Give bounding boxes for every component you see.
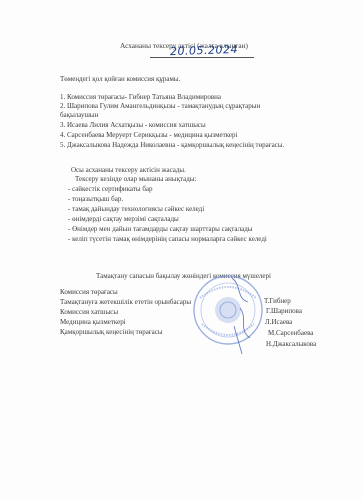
signer-4: М.Сарсенбаева [268, 329, 313, 338]
finding-5: - Өнімдер мен дайын тағамдарды сақтау ша… [68, 225, 252, 234]
date-underline [150, 57, 254, 58]
signer-1: Т.Гибнер [264, 297, 291, 306]
signer-3: Л.Исаева [265, 318, 292, 327]
intro-text: Төмендегі қол қойған комиссия құрамы. [60, 75, 180, 84]
role-2: Тамақтануға жетекшілік ететін орынбасары [60, 298, 191, 307]
finding-3: - тамақ дайындау технологиясы сәйкес кел… [68, 205, 204, 214]
signer-2: Г.Шарипова [266, 307, 302, 316]
member-3: 3. Исаева Лилия Асхатқызы - комиссия хат… [60, 121, 206, 130]
role-4: Медицина қызметкері [60, 318, 126, 327]
member-2: 2. Шарипова Гулим Амангельдинқызы - тама… [60, 102, 260, 111]
act-line: Осы асхананы тексеру актісін жасады. [71, 166, 186, 175]
finding-1: - сәйкестік сертификаты бар [68, 185, 153, 194]
handwritten-date: 20.05.2024 [170, 43, 238, 58]
member-5: 5. Джаксалыкова Надежда Николаевна - қам… [60, 141, 284, 150]
finding-6: - келіп түсетін тамақ өнімдерінің сапасы… [68, 235, 267, 244]
finding-2: - тоңазытқыш бар. [68, 195, 123, 204]
role-5: Қамқоршылық кеңесінің төрағасы [60, 328, 163, 337]
findings-intro: Тексеру кезінде олар мынаны анықтады: [75, 175, 196, 184]
member-2-cont: бақылаушын [60, 111, 98, 120]
role-1: Комиссия төрағасы [60, 288, 118, 297]
member-4: 4. Сарсенбаева Меруерт Серикқызы - медиц… [60, 131, 237, 140]
member-1: 1. Комиссия төрағасы- Гибнер Татьяна Вла… [60, 93, 221, 102]
signer-5: Н.Джаксалыкова [266, 340, 316, 349]
official-stamp-icon [190, 268, 272, 358]
finding-4: - өнімдерді сақтау мерзімі сақталады [68, 215, 179, 224]
role-3: Комиссия хатшысы [60, 308, 118, 317]
